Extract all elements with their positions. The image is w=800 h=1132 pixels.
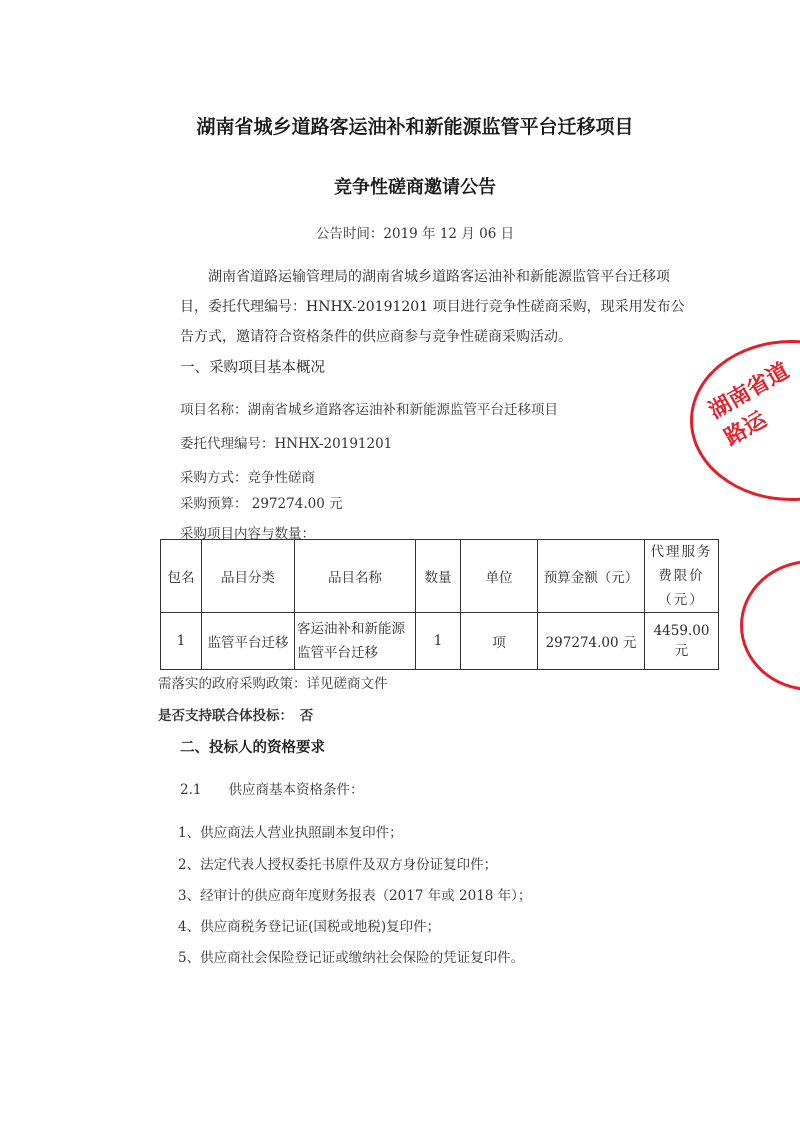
policy-line: 需落实的政府采购政策：详见磋商文件 [158,672,388,692]
agent-code: 委托代理编号：HNHX-20191201 [180,432,392,452]
procurement-method: 采购方式：竞争性磋商 [180,466,315,486]
document-title: 湖南省城乡道路客运油补和新能源监管平台迁移项目 [0,112,800,139]
header-agent-fee: 代理服务费限价（元） [645,540,719,613]
document-subtitle: 竞争性磋商邀请公告 [0,173,800,199]
table-header-row: 包名 品目分类 品目名称 数量 单位 预算金额（元） 代理服务费限价（元） [161,540,719,613]
header-item-name: 品目名称 [295,540,416,613]
requirement-item: 5、供应商社会保险登记证或缴纳社会保险的凭证复印件。 [178,946,524,966]
table-row: 1 监管平台迁移 客运油补和新能源监管平台迁移 1 项 297274.00 元 … [161,613,719,670]
header-unit: 单位 [461,540,538,613]
section1-heading: 一、采购项目基本概况 [180,356,325,377]
header-category: 品目分类 [202,540,295,613]
cell-item-name: 客运油补和新能源监管平台迁移 [295,613,416,670]
requirement-item: 1、供应商法人营业执照副本复印件； [178,821,403,841]
cell-unit: 项 [461,613,538,670]
requirement-item: 4、供应商税务登记证(国税或地税)复印件； [178,915,440,935]
header-quantity: 数量 [416,540,461,613]
cell-agent-fee: 4459.00 元 [645,613,719,670]
requirement-item: 3、经审计的供应商年度财务报表（2017 年或 2018 年）； [178,884,531,904]
cell-package: 1 [161,613,202,670]
items-table: 包名 品目分类 品目名称 数量 单位 预算金额（元） 代理服务费限价（元） 1 … [160,539,719,670]
cell-category: 监管平台迁移 [202,613,295,670]
agency-seal-icon [740,560,800,691]
header-package: 包名 [161,540,202,613]
procurement-budget: 采购预算： 297274.00 元 [180,492,343,512]
project-name: 项目名称：湖南省城乡道路客运油补和新能源监管平台迁移项目 [180,398,558,418]
requirement-item: 2、法定代表人授权委托书原件及双方身份证复印件； [178,853,497,873]
cell-budget: 297274.00 元 [538,613,645,670]
cell-quantity: 1 [416,613,461,670]
header-budget: 预算金额（元） [538,540,645,613]
section2-heading: 二、投标人的资格要求 [180,736,325,757]
joint-bid-line: 是否支持联合体投标： 否 [158,704,313,724]
intro-paragraph: 湖南省道路运输管理局的湖南省城乡道路客运油补和新能源监管平台迁移项目，委托代理编… [180,262,690,352]
announce-date: 公告时间：2019 年 12 月 06 日 [0,222,800,242]
section2-subheading: 2.1 供应商基本资格条件： [180,778,363,798]
